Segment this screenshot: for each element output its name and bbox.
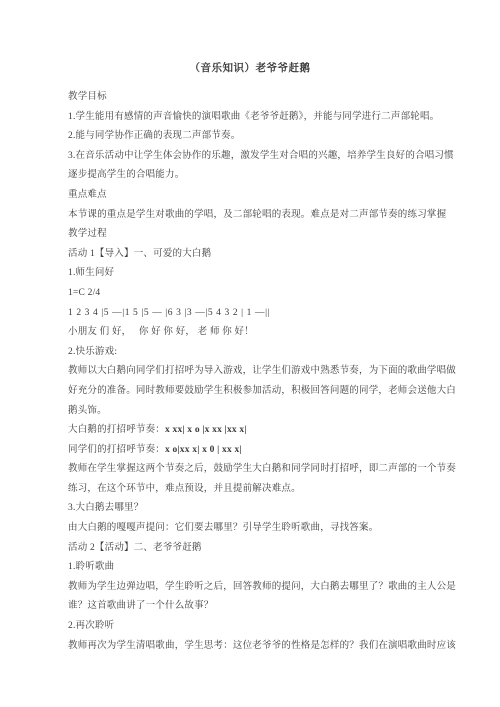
- document-title: （音乐知识）老爷爷赶鹅: [68, 58, 432, 80]
- doc-line-game-heading: 2.快乐游戏:: [68, 343, 432, 363]
- doc-line-listen-body-1: 教师为学生边弹边唱，学生聆听之后，回答教师的提问，大白鹅去哪里了？歌曲的主人公是: [68, 578, 432, 598]
- doc-line-practice-body-1: 教师在学生掌握这两个节奏之后，鼓励学生大白鹅和同学同时打招呼，即二声部的一个节奏: [68, 460, 432, 480]
- rhythm-goose-label: 大白鹅的打招呼节奏：: [68, 425, 165, 435]
- doc-line-practice-body-2: 练习，在这个环节中，难点预设，并且提前解决难点。: [68, 480, 432, 500]
- doc-line-keypoints-body: 本节课的重点是学生对歌曲的学唱，及二部轮唱的表现。难点是对二声部节奏的练习掌握: [68, 206, 432, 226]
- doc-line-rhythm-students: 同学们的打招呼节奏：x o|xx x| x 0 | xx x|: [68, 441, 432, 461]
- document-page: （音乐知识）老爷爷赶鹅 教学目标 1.学生能用有感情的声音愉快的演唱歌曲《老爷爷…: [0, 0, 500, 707]
- doc-line-goal-2: 2.能与同学协作正确的表现二声部节奏。: [68, 127, 432, 147]
- doc-line-where-heading: 3.大白鹅去哪里？: [68, 499, 432, 519]
- doc-line-goal-3: 3.在音乐活动中让学生体会协作的乐趣，激发学生对合唱的兴趣，培养学生良好的合唱习…: [68, 147, 432, 167]
- doc-line-goal-3-cont: 逐步提高学生的合唱能力。: [68, 166, 432, 186]
- doc-line-listen-heading: 1.聆听歌曲: [68, 558, 432, 578]
- doc-line-rhythm-goose: 大白鹅的打招呼节奏：x xx| x o |x xx |xx x|: [68, 421, 432, 441]
- doc-line-relisten-body: 教师再次为学生清唱歌曲，学生思考：这位老爷爷的性格是怎样的？我们在演唱歌曲时应该: [68, 637, 432, 657]
- doc-line-keypoints-heading: 重点难点: [68, 186, 432, 206]
- doc-line-activity-1-heading: 活动 1【导入】一、可爱的大白鹅: [68, 245, 432, 265]
- doc-line-key-signature: 1=C 2/4: [68, 284, 432, 304]
- doc-line-goals-heading: 教学目标: [68, 88, 432, 108]
- rhythm-students-label: 同学们的打招呼节奏：: [68, 445, 165, 455]
- doc-line-game-body-3: 鹅头饰。: [68, 402, 432, 422]
- doc-line-activity-2-heading: 活动 2【活动】二、老爷爷赶鹅: [68, 539, 432, 559]
- doc-line-relisten-heading: 2.再次聆听: [68, 617, 432, 637]
- doc-line-listen-body-2: 谁？这首歌曲讲了一个什么故事？: [68, 597, 432, 617]
- doc-line-where-body: 由大白鹅的嘎嘎声提问：它们要去哪里？引导学生聆听歌曲，寻找答案。: [68, 519, 432, 539]
- doc-line-lyrics: 小朋友 们 好， 你 好 你 好， 老 师 你 好！: [68, 323, 432, 343]
- doc-line-game-body-2: 好充分的准备。同时教师要鼓励学生积极参加活动，积极回答问题的同学，老师会送他大白: [68, 382, 432, 402]
- doc-line-goal-1: 1.学生能用有感情的声音愉快的演唱歌曲《老爷爷赶鹅》，并能与同学进行二声部轮唱。: [68, 108, 432, 128]
- doc-line-greeting-heading: 1.师生问好: [68, 264, 432, 284]
- rhythm-goose-pattern: x xx| x o |x xx |xx x|: [165, 425, 247, 435]
- doc-line-process-heading: 教学过程: [68, 225, 432, 245]
- doc-line-music-notation: 1 2 3 4 |5 —|1 5 |5 — |6 3 |3 —|5 4 3 2 …: [68, 304, 432, 324]
- doc-line-game-body-1: 教师以大白鹅向同学们打招呼为导入游戏，让学生们游戏中熟悉节奏，为下面的歌曲学唱做: [68, 362, 432, 382]
- rhythm-students-pattern: x o|xx x| x 0 | xx x|: [165, 445, 242, 455]
